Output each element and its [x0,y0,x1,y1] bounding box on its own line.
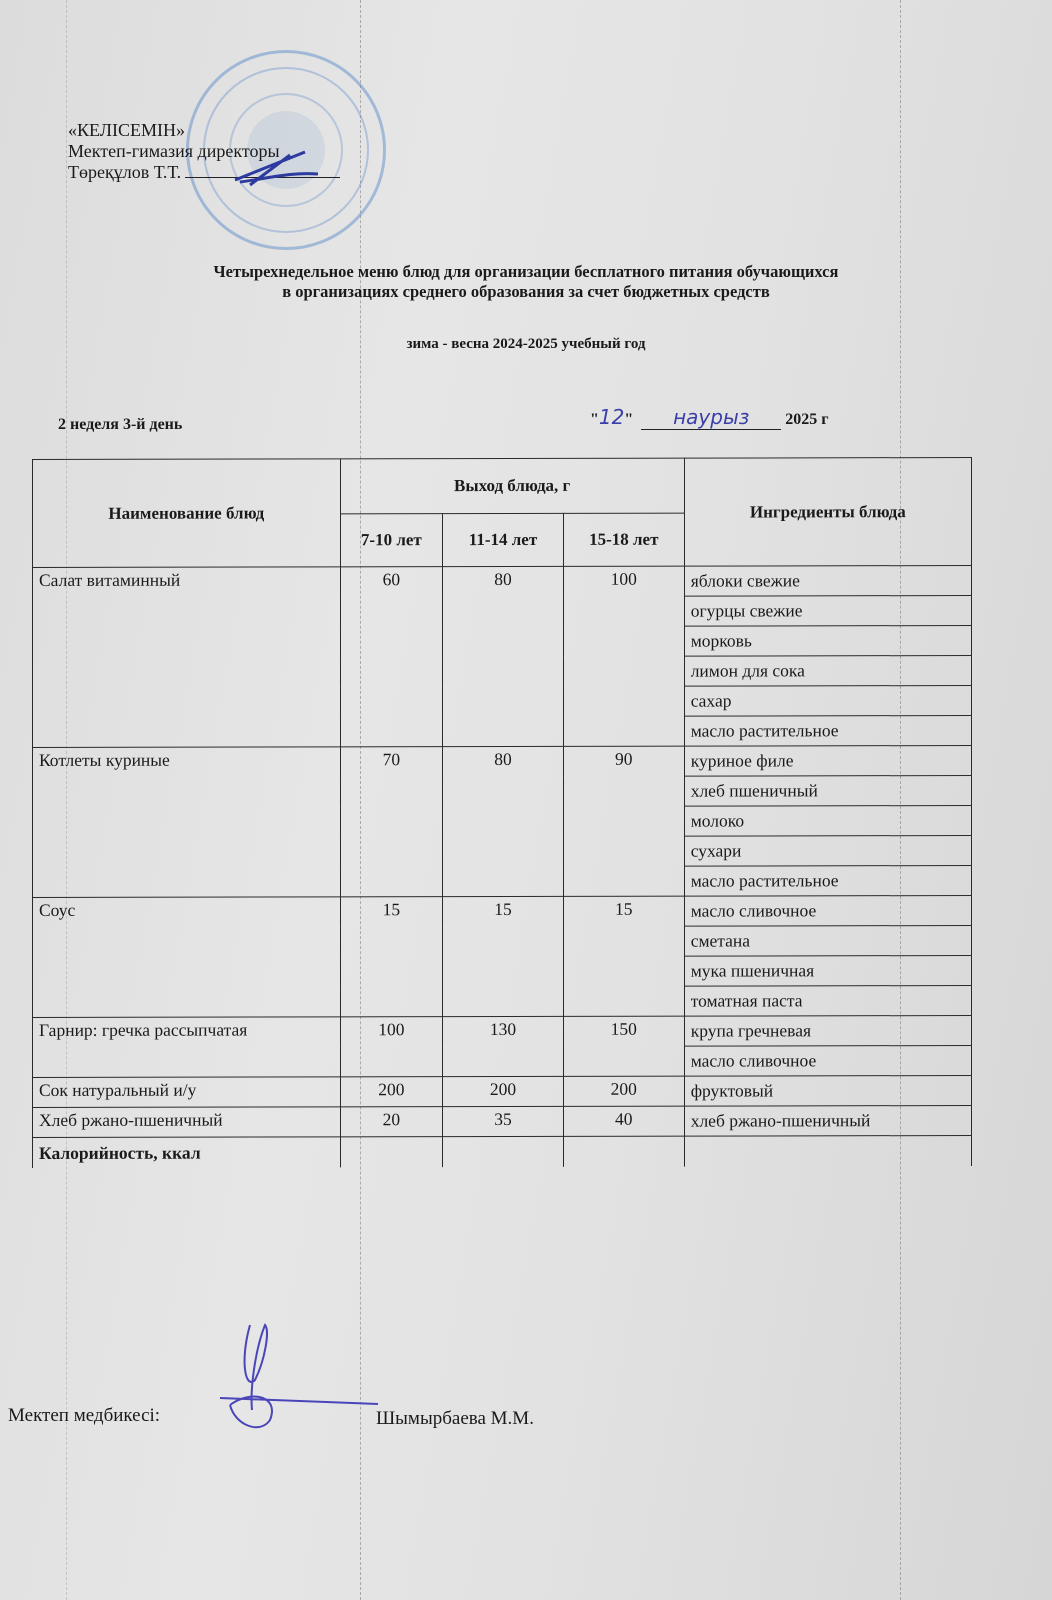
ingredient: хлеб ржано-пшеничный [684,1106,971,1137]
date-year: 2025 г [785,411,828,428]
table-row: Салат витаминный6080100яблоки свежие [33,566,972,598]
table-row: Сок натуральный и/у200200200фруктовый [33,1076,972,1108]
nurse-signature-icon [210,1320,380,1440]
calories-value [340,1137,443,1168]
dish-name: Соус [33,897,341,1018]
ingredient: масло растительное [684,866,971,897]
ingredient: масло сливочное [684,1046,971,1077]
ingredient: огурцы свежие [684,596,971,627]
ingredient: масло растительное [684,716,971,747]
portion-value: 15 [443,896,564,1016]
nurse-label: Мектеп медбикесі: [8,1405,160,1427]
table-row: Котлеты куриные708090куриное филе [33,746,972,778]
ingredient: сметана [684,926,971,957]
document-title: Четырехнедельное меню блюд для организац… [0,262,1052,302]
portion-value: 200 [563,1076,684,1106]
portion-value: 80 [443,746,564,896]
dish-name: Гарнир: гречка рассыпчатая [33,1017,341,1078]
portion-value: 15 [563,896,684,1016]
portion-value: 200 [443,1076,564,1106]
header-ingredients: Ингредиенты блюда [684,458,971,567]
header-age-2: 11-14 лет [443,513,564,566]
table-row: Гарнир: гречка рассыпчатая100130150крупа… [33,1016,972,1048]
portion-value: 15 [340,897,443,1017]
ingredient: сахар [684,686,971,717]
dish-name: Салат витаминный [33,567,341,748]
calories-value [443,1136,564,1167]
ingredient: лимон для сока [684,656,971,687]
ingredient: томатная паста [684,986,971,1017]
portion-value: 40 [563,1106,684,1136]
ingredient: масло сливочное [684,896,971,927]
document-date: "12" наурыз2025 г [590,405,829,430]
table-row: Хлеб ржано-пшеничный203540хлеб ржано-пше… [33,1106,972,1138]
approval-name: Төреқұлов Т.Т. [68,162,181,182]
ingredient: фруктовый [684,1076,971,1107]
dish-name: Сок натуральный и/у [33,1077,341,1108]
ingredient: молоко [684,806,971,837]
approval-heading: «КЕЛІСЕМІН» [68,120,340,141]
ingredient: куриное филе [684,746,971,777]
menu-table: Наименование блюд Выход блюда, г Ингреди… [32,457,972,1168]
ingredient: мука пшеничная [684,956,971,987]
portion-value: 100 [340,1017,443,1077]
nurse-name: Шымырбаева М.М. [376,1408,534,1430]
ingredient: яблоки свежие [684,566,971,597]
calories-value [563,1136,684,1167]
portion-value: 20 [340,1107,443,1137]
school-period: зима - весна 2024-2025 учебный год [0,336,1052,353]
ingredient: морковь [684,626,971,657]
ingredient: хлеб пшеничный [684,776,971,807]
ingredient: крупа гречневая [684,1016,971,1047]
portion-value: 130 [443,1016,564,1076]
calories-value [684,1136,971,1167]
portion-value: 80 [443,566,564,746]
portion-value: 60 [340,567,443,747]
dish-name: Хлеб ржано-пшеничный [33,1107,341,1138]
portion-value: 35 [443,1106,564,1136]
calories-row: Калорийность, ккал [33,1136,972,1168]
director-signature-icon [230,150,320,190]
date-day: 12 [599,405,624,429]
portion-value: 150 [563,1016,684,1076]
ingredient: сухари [684,836,971,867]
portion-value: 90 [563,746,684,896]
header-age-1: 7-10 лет [340,514,443,567]
header-yield: Выход блюда, г [340,458,684,514]
portion-value: 70 [340,747,443,897]
portion-value: 200 [340,1077,443,1107]
table-row: Соус151515масло сливочное [33,896,972,928]
portion-value: 100 [563,566,684,746]
calories-label: Калорийность, ккал [33,1137,341,1168]
header-dish: Наименование блюд [33,459,341,568]
date-month: наурыз [673,405,749,429]
header-age-3: 15-18 лет [563,513,684,566]
dish-name: Котлеты куриные [33,747,341,898]
week-day: 2 неделя 3-й день [58,416,182,434]
